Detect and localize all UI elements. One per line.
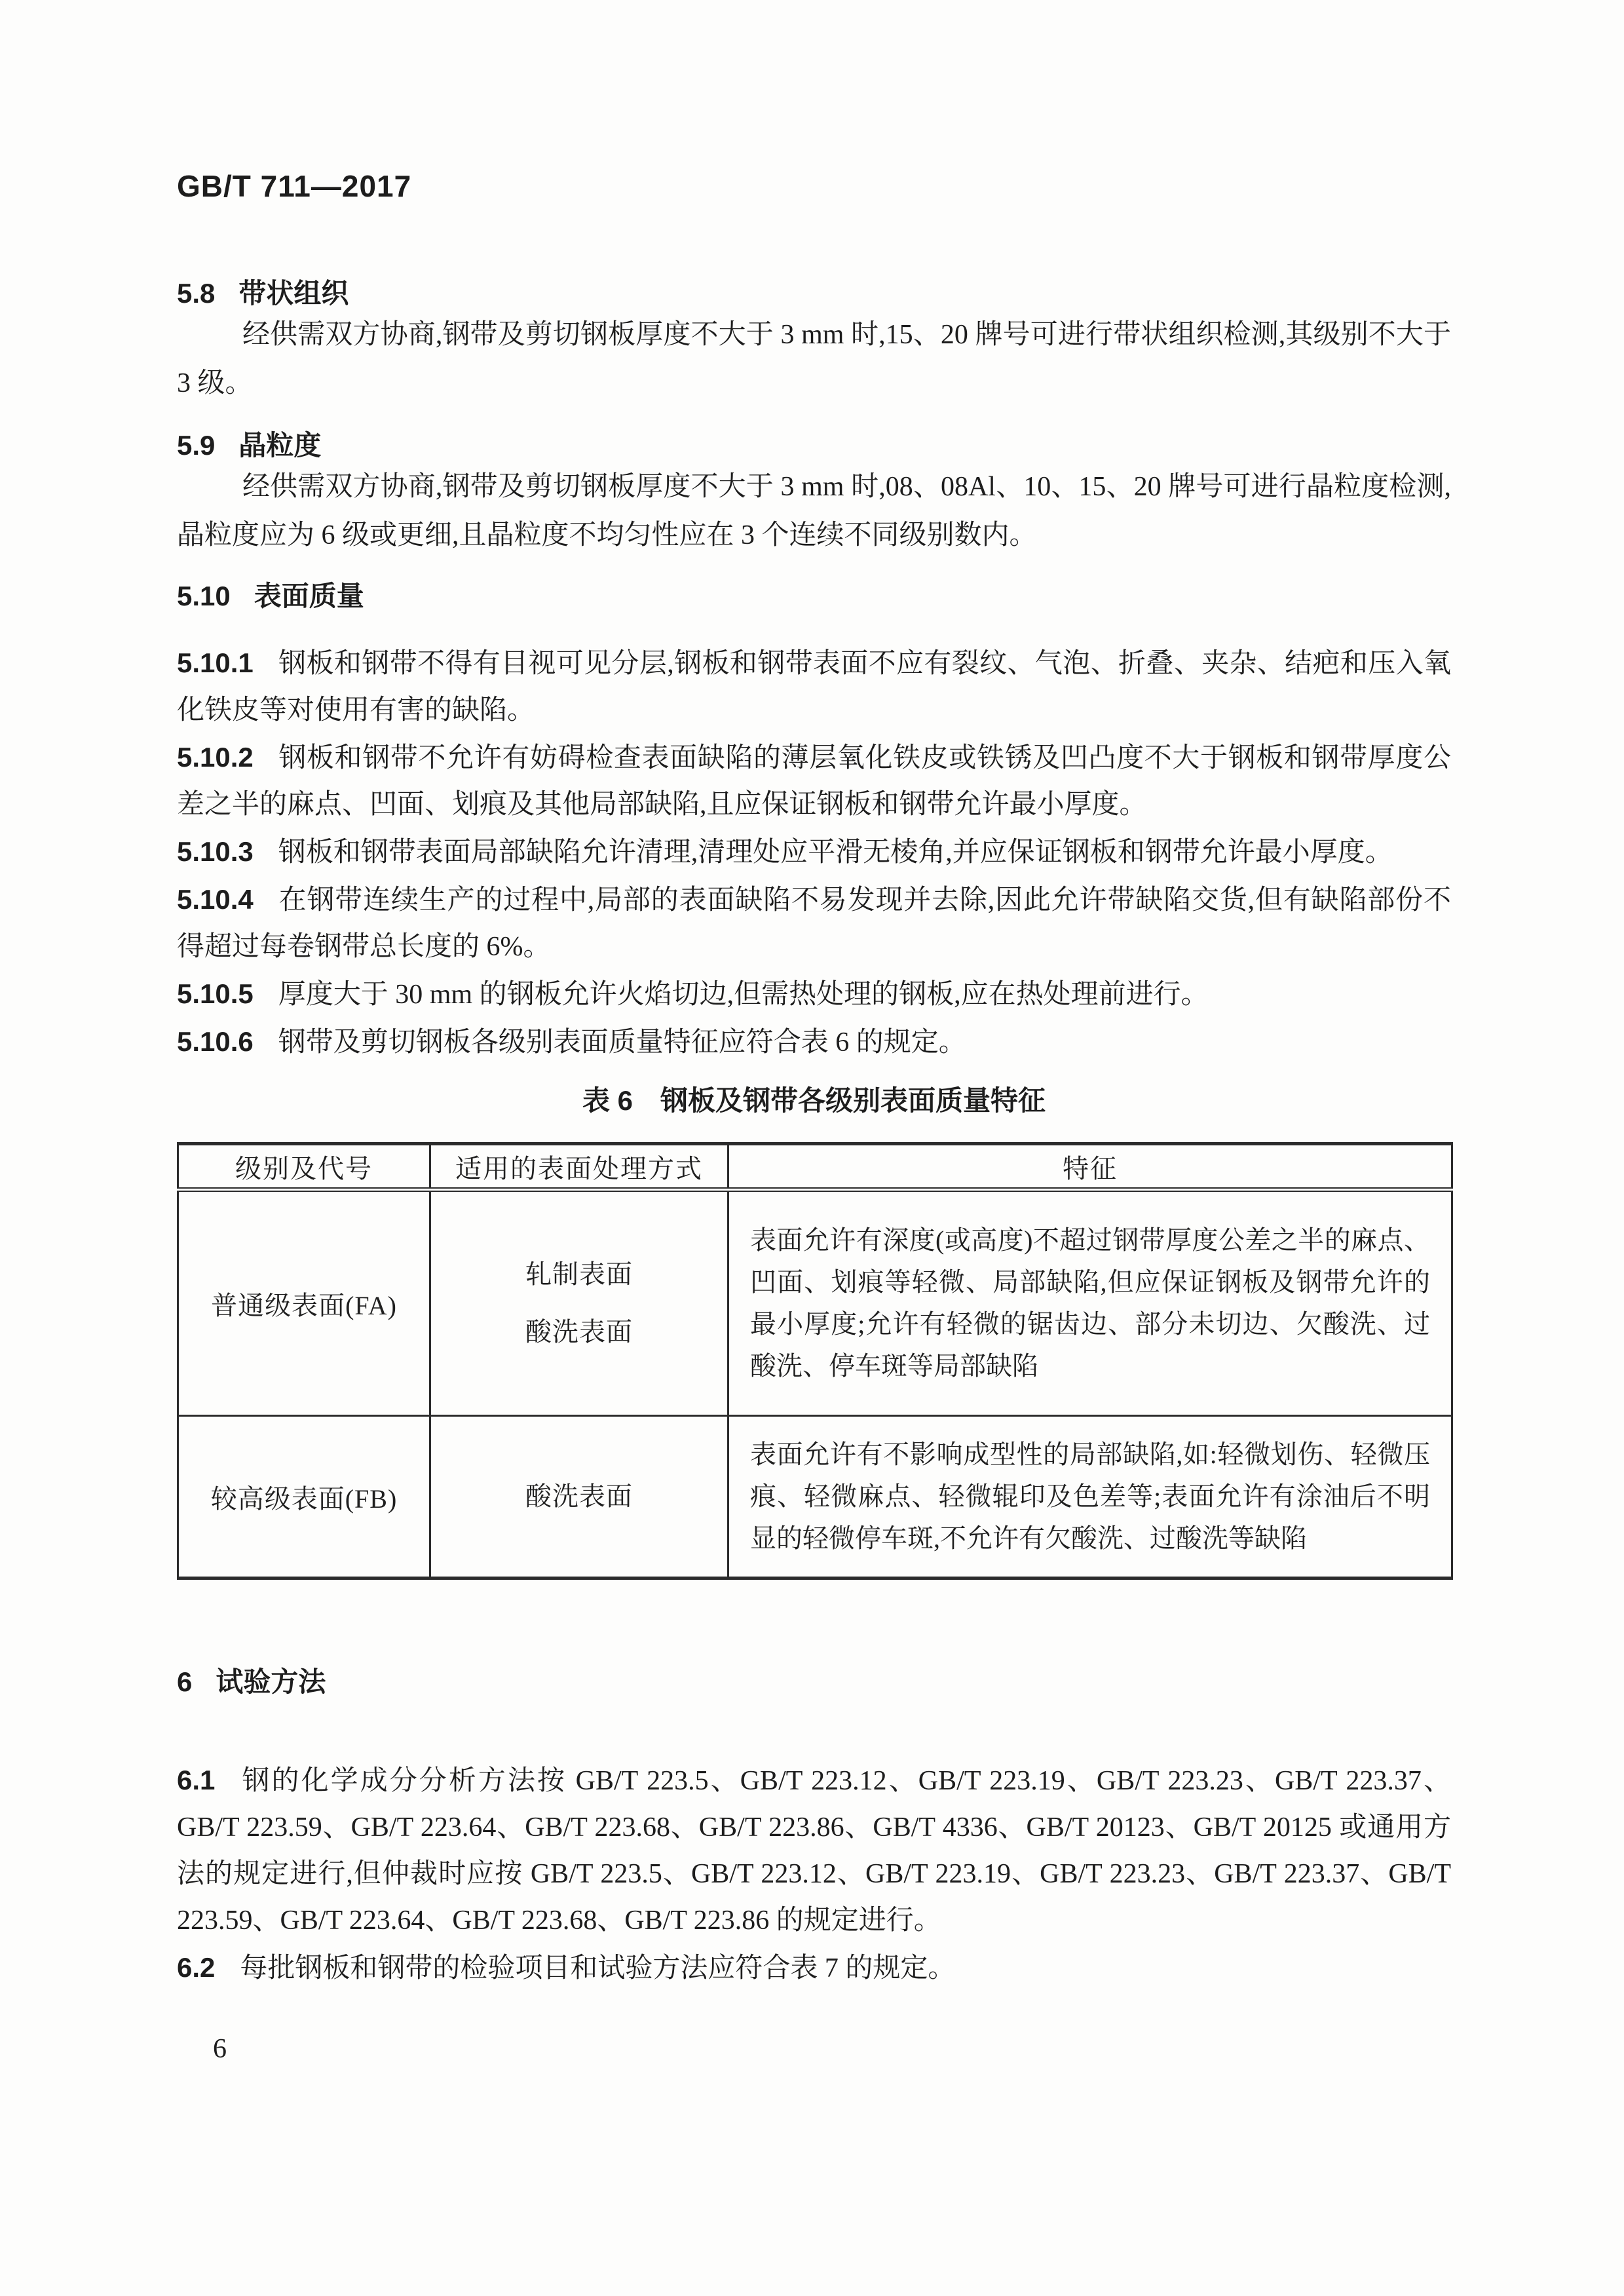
table-row: 较高级表面(FB) 酸洗表面 表面允许有不影响成型性的局部缺陷,如:轻微划伤、轻… — [178, 1416, 1452, 1578]
standard-number-header: GB/T 711—2017 — [177, 169, 1451, 203]
grade-cell: 普通级表面(FA) — [178, 1190, 430, 1416]
document-page: GB/T 711—2017 5.8带状组织 经供需双方协商,钢带及剪切钢板厚度不… — [0, 0, 1624, 2296]
clause-number: 5.10.4 — [177, 884, 254, 915]
clause-text: 钢板和钢带表面局部缺陷允许清理,清理处应平滑无棱角,并应保证钢板和钢带允许最小厚… — [278, 837, 1393, 868]
feature-cell: 表面允许有深度(或高度)不超过钢带厚度公差之半的麻点、凹面、划痕等轻微、局部缺陷… — [728, 1190, 1452, 1416]
section-number: 5.8 — [177, 278, 215, 309]
clause-text: 钢的化学成分分析方法按 GB/T 223.5、GB/T 223.12、GB/T … — [177, 1766, 1451, 1936]
treatment-line: 酸洗表面 — [432, 1480, 727, 1514]
clause-5-10-1: 5.10.1钢板和钢带不得有目视可见分层,钢板和钢带表面不应有裂纹、气泡、折叠、… — [177, 640, 1451, 734]
clause-text: 厚度大于 30 mm 的钢板允许火焰切边,但需热处理的钢板,应在热处理前进行。 — [278, 980, 1209, 1010]
clause-number: 6.2 — [177, 1952, 215, 1983]
section-title: 带状组织 — [238, 278, 349, 309]
page-number: 6 — [213, 2033, 1451, 2065]
table-header-feature: 特征 — [728, 1144, 1452, 1190]
grade-cell: 较高级表面(FB) — [178, 1416, 430, 1578]
table-6-title: 表 6 钢板及钢带各级别表面质量特征 — [177, 1084, 1451, 1117]
clause-6-2: 6.2每批钢板和钢带的检验项目和试验方法应符合表 7 的规定。 — [177, 1944, 1451, 1992]
table-header-treatment: 适用的表面处理方式 — [430, 1144, 728, 1190]
clause-5-10-3: 5.10.3钢板和钢带表面局部缺陷允许清理,清理处应平滑无棱角,并应保证钢板和钢… — [177, 828, 1451, 876]
table-6: 级别及代号 适用的表面处理方式 特征 普通级表面(FA) 轧制表面 酸洗表面 表… — [177, 1142, 1453, 1580]
paragraph-5-8: 经供需双方协商,钢带及剪切钢板厚度不大于 3 mm 时,15、20 牌号可进行带… — [177, 311, 1451, 408]
treatment-cell: 轧制表面 酸洗表面 — [430, 1190, 728, 1416]
section-number: 6 — [177, 1666, 192, 1697]
treatment-cell: 酸洗表面 — [430, 1416, 728, 1578]
clause-number: 5.10.1 — [177, 647, 254, 678]
clause-5-10-2: 5.10.2钢板和钢带不允许有妨碍检查表面缺陷的薄层氧化铁皮或铁锈及凹凸度不大于… — [177, 734, 1451, 828]
clause-text: 在钢带连续生产的过程中,局部的表面缺陷不易发现并去除,因此允许带缺陷交货,但有缺… — [177, 885, 1451, 962]
section-heading-5-9: 5.9晶粒度 — [177, 429, 1451, 463]
section-number: 5.9 — [177, 430, 215, 461]
clause-6-1: 6.1钢的化学成分分析方法按 GB/T 223.5、GB/T 223.12、GB… — [177, 1757, 1451, 1944]
clause-5-10-6: 5.10.6钢带及剪切钢板各级别表面质量特征应符合表 6 的规定。 — [177, 1018, 1451, 1066]
table-header-grade: 级别及代号 — [178, 1144, 430, 1190]
treatment-line: 酸洗表面 — [432, 1315, 727, 1349]
section-title: 晶粒度 — [238, 430, 321, 461]
section-title: 表面质量 — [254, 581, 364, 611]
table-row: 普通级表面(FA) 轧制表面 酸洗表面 表面允许有深度(或高度)不超过钢带厚度公… — [178, 1190, 1452, 1416]
clause-text: 钢板和钢带不得有目视可见分层,钢板和钢带表面不应有裂纹、气泡、折叠、夹杂、结疤和… — [177, 649, 1451, 725]
clause-text: 钢板和钢带不允许有妨碍检查表面缺陷的薄层氧化铁皮或铁锈及凹凸度不大于钢板和钢带厚… — [177, 743, 1451, 820]
clause-5-10-4: 5.10.4在钢带连续生产的过程中,局部的表面缺陷不易发现并去除,因此允许带缺陷… — [177, 876, 1451, 970]
clause-number: 6.1 — [177, 1765, 215, 1795]
feature-cell: 表面允许有不影响成型性的局部缺陷,如:轻微划伤、轻微压痕、轻微麻点、轻微辊印及色… — [728, 1416, 1452, 1578]
section-heading-5-8: 5.8带状组织 — [177, 277, 1451, 311]
clause-block-5-10: 5.10.1钢板和钢带不得有目视可见分层,钢板和钢带表面不应有裂纹、气泡、折叠、… — [177, 640, 1451, 1066]
section-heading-5-10: 5.10表面质量 — [177, 579, 1451, 613]
section-heading-6: 6试验方法 — [177, 1665, 1451, 1699]
clause-number: 5.10.2 — [177, 742, 254, 773]
clause-text: 钢带及剪切钢板各级别表面质量特征应符合表 6 的规定。 — [278, 1027, 966, 1058]
paragraph-5-9: 经供需双方协商,钢带及剪切钢板厚度不大于 3 mm 时,08、08Al、10、1… — [177, 463, 1451, 560]
section-title: 试验方法 — [216, 1666, 326, 1697]
clause-5-10-5: 5.10.5厚度大于 30 mm 的钢板允许火焰切边,但需热处理的钢板,应在热处… — [177, 970, 1451, 1018]
clause-text: 每批钢板和钢带的检验项目和试验方法应符合表 7 的规定。 — [240, 1953, 955, 1983]
clause-number: 5.10.5 — [177, 978, 254, 1009]
clause-number: 5.10.3 — [177, 836, 254, 867]
clause-number: 5.10.6 — [177, 1026, 254, 1057]
section-number: 5.10 — [177, 581, 231, 611]
table-header-row: 级别及代号 适用的表面处理方式 特征 — [178, 1144, 1452, 1190]
treatment-line: 轧制表面 — [432, 1257, 727, 1291]
